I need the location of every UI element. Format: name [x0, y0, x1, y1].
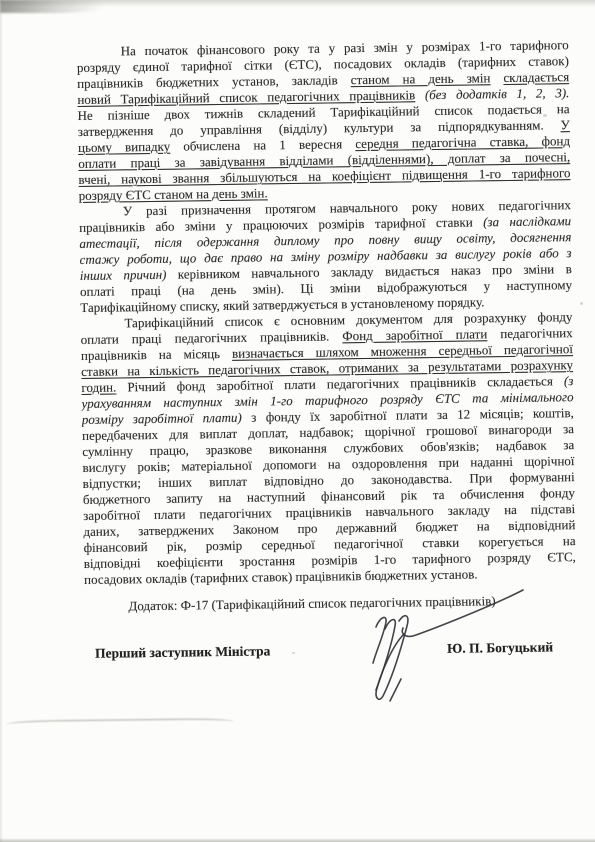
- signatory-title: Перший заступник Міністра: [95, 643, 270, 661]
- underlined-text: середня педагогічна ставка, фонд: [355, 133, 570, 151]
- underlined-text: розряду ЄТС станом на день змін.: [79, 185, 268, 203]
- scan-artifact-left-edge: [0, 0, 3, 842]
- scanned-document-page: На початок фінансового року та у разі зм…: [0, 0, 595, 842]
- italic-text: інших причин): [80, 267, 167, 283]
- body-text: працівників на місяць: [81, 346, 232, 363]
- paragraph: Тарифікаційний список є основним докумен…: [80, 309, 576, 588]
- scan-artifact-bottom-edge: [0, 838, 595, 842]
- paragraph: У разі призначення протягом навчального …: [79, 197, 573, 316]
- paragraph: На початок фінансового року та у разі зм…: [77, 37, 571, 204]
- scan-artifact-pen-line: [6, 718, 234, 729]
- italic-text: (за наслідками: [483, 213, 571, 229]
- handwritten-signature: [360, 583, 535, 708]
- underlined-text: станом на день змін: [351, 70, 491, 87]
- document-content: На початок фінансового року та у разі зм…: [77, 37, 578, 662]
- underlined-text: цьому випадку: [78, 139, 170, 155]
- italic-text: (з: [564, 373, 574, 388]
- underlined-text: годин.: [81, 379, 116, 394]
- body-text: [415, 87, 425, 102]
- underlined-text: складається: [503, 69, 569, 85]
- underlined-text: Фонд заробітної плати: [342, 326, 487, 343]
- document-paragraphs: На початок фінансового року та у разі зм…: [77, 37, 577, 588]
- scan-artifact-top-left-smudge: [0, 0, 130, 13]
- italic-text: розміру заробітної плати): [82, 410, 242, 427]
- body-text: обчислена на 1 вересня: [170, 136, 355, 154]
- body-text: [490, 70, 503, 85]
- body-text: педагогічних: [487, 325, 573, 341]
- underlined-text: У: [560, 117, 569, 132]
- italic-text: (без додатків 1, 2, 3).: [425, 85, 570, 102]
- scan-artifact-speck: [580, 302, 583, 305]
